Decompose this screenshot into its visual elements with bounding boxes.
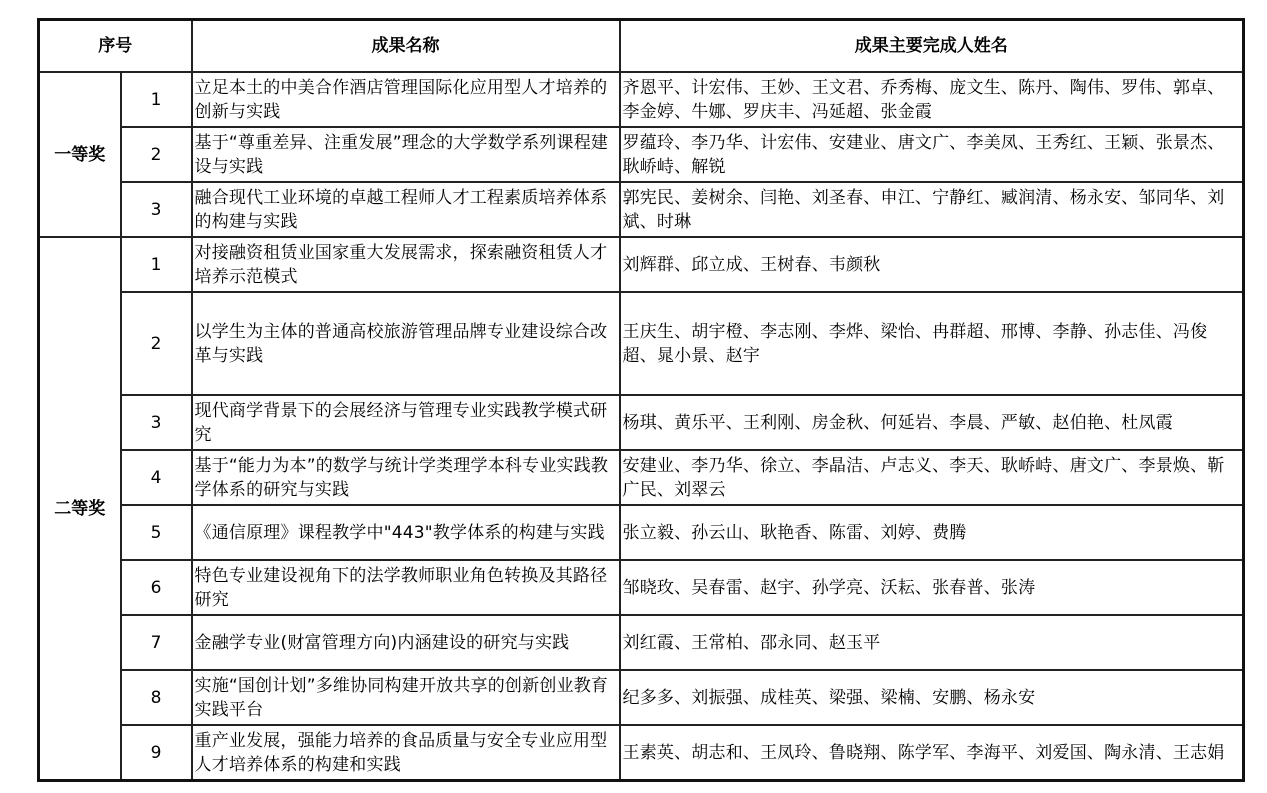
contributors: 纪多多、刘振强、成桂英、梁强、梁楠、安鹏、杨永安 bbox=[620, 670, 1244, 725]
contributors: 刘红霞、王常柏、邵永同、赵玉平 bbox=[620, 615, 1244, 670]
contributors: 罗蕴玲、李乃华、计宏伟、安建业、唐文广、李美凤、王秀红、王颖、张景杰、耿峤峙、解… bbox=[620, 127, 1244, 182]
table-row: 一等奖 1 立足本土的中美合作酒店管理国际化应用型人才培养的创新与实践 齐恩平、… bbox=[39, 72, 1244, 127]
contributors: 齐恩平、计宏伟、王妙、王文君、乔秀梅、庞文生、陈丹、陶伟、罗伟、郭卓、李金婷、牛… bbox=[620, 72, 1244, 127]
achievement-title: 现代商学背景下的会展经济与管理专业实践教学模式研究 bbox=[192, 395, 620, 450]
row-number: 1 bbox=[121, 237, 192, 292]
achievement-title: 《通信原理》课程教学中"443"教学体系的构建与实践 bbox=[192, 505, 620, 560]
achievement-title: 金融学专业(财富管理方向)内涵建设的研究与实践 bbox=[192, 615, 620, 670]
table-row: 2 以学生为主体的普通高校旅游管理品牌专业建设综合改革与实践 王庆生、胡宇橙、李… bbox=[39, 292, 1244, 395]
achievement-title: 对接融资租赁业国家重大发展需求，探索融资租赁人才培养示范模式 bbox=[192, 237, 620, 292]
table-row: 二等奖 1 对接融资租赁业国家重大发展需求，探索融资租赁人才培养示范模式 刘辉群… bbox=[39, 237, 1244, 292]
row-number: 8 bbox=[121, 670, 192, 725]
achievement-title: 重产业发展，强能力培养的食品质量与安全专业应用型人才培养体系的构建和实践 bbox=[192, 725, 620, 781]
contributors: 杨琪、黄乐平、王利刚、房金秋、何延岩、李晨、严敏、赵伯艳、杜凤霞 bbox=[620, 395, 1244, 450]
contributors: 王素英、胡志和、王凤玲、鲁晓翔、陈学军、李海平、刘爱国、陶永清、王志娟 bbox=[620, 725, 1244, 781]
achievement-title: 实施“国创计划”多维协同构建开放共享的创新创业教育实践平台 bbox=[192, 670, 620, 725]
row-number: 4 bbox=[121, 450, 192, 505]
table-row: 9 重产业发展，强能力培养的食品质量与安全专业应用型人才培养体系的构建和实践 王… bbox=[39, 725, 1244, 781]
row-number: 3 bbox=[121, 182, 192, 237]
table-row: 3 融合现代工业环境的卓越工程师人才工程素质培养体系的构建与实践 郭宪民、姜树余… bbox=[39, 182, 1244, 237]
header-people: 成果主要完成人姓名 bbox=[620, 20, 1244, 73]
row-number: 3 bbox=[121, 395, 192, 450]
contributors: 郭宪民、姜树余、闫艳、刘圣春、申江、宁静红、臧润清、杨永安、邹同华、刘斌、时琳 bbox=[620, 182, 1244, 237]
contributors: 刘辉群、邱立成、王树春、韦颜秋 bbox=[620, 237, 1244, 292]
contributors: 张立毅、孙云山、耿艳香、陈雷、刘婷、费腾 bbox=[620, 505, 1244, 560]
row-number: 7 bbox=[121, 615, 192, 670]
row-number: 6 bbox=[121, 560, 192, 615]
grade-first-prize: 一等奖 bbox=[39, 72, 121, 237]
grade-second-prize: 二等奖 bbox=[39, 237, 121, 781]
table-row: 2 基于“尊重差异、注重发展”理念的大学数学系列课程建设与实践 罗蕴玲、李乃华、… bbox=[39, 127, 1244, 182]
row-number: 9 bbox=[121, 725, 192, 781]
achievement-title: 基于“尊重差异、注重发展”理念的大学数学系列课程建设与实践 bbox=[192, 127, 620, 182]
row-number: 5 bbox=[121, 505, 192, 560]
table-row: 6 特色专业建设视角下的法学教师职业角色转换及其路径研究 邹晓玫、吴春雷、赵宇、… bbox=[39, 560, 1244, 615]
contributors: 王庆生、胡宇橙、李志刚、李烨、梁怡、冉群超、邢博、李静、孙志佳、冯俊超、晁小景、… bbox=[620, 292, 1244, 395]
table-row: 7 金融学专业(财富管理方向)内涵建设的研究与实践 刘红霞、王常柏、邵永同、赵玉… bbox=[39, 615, 1244, 670]
achievement-title: 特色专业建设视角下的法学教师职业角色转换及其路径研究 bbox=[192, 560, 620, 615]
row-number: 2 bbox=[121, 127, 192, 182]
table-row: 8 实施“国创计划”多维协同构建开放共享的创新创业教育实践平台 纪多多、刘振强、… bbox=[39, 670, 1244, 725]
header-seq: 序号 bbox=[39, 20, 192, 73]
awards-table: 序号 成果名称 成果主要完成人姓名 一等奖 1 立足本土的中美合作酒店管理国际化… bbox=[37, 18, 1245, 782]
table-row: 4 基于“能力为本”的数学与统计学类理学本科专业实践教学体系的研究与实践 安建业… bbox=[39, 450, 1244, 505]
achievement-title: 融合现代工业环境的卓越工程师人才工程素质培养体系的构建与实践 bbox=[192, 182, 620, 237]
table-row: 3 现代商学背景下的会展经济与管理专业实践教学模式研究 杨琪、黄乐平、王利刚、房… bbox=[39, 395, 1244, 450]
header-title: 成果名称 bbox=[192, 20, 620, 73]
row-number: 1 bbox=[121, 72, 192, 127]
achievement-title: 立足本土的中美合作酒店管理国际化应用型人才培养的创新与实践 bbox=[192, 72, 620, 127]
contributors: 邹晓玫、吴春雷、赵宇、孙学亮、沃耘、张春普、张涛 bbox=[620, 560, 1244, 615]
achievement-title: 基于“能力为本”的数学与统计学类理学本科专业实践教学体系的研究与实践 bbox=[192, 450, 620, 505]
achievement-title: 以学生为主体的普通高校旅游管理品牌专业建设综合改革与实践 bbox=[192, 292, 620, 395]
row-number: 2 bbox=[121, 292, 192, 395]
table-row: 5 《通信原理》课程教学中"443"教学体系的构建与实践 张立毅、孙云山、耿艳香… bbox=[39, 505, 1244, 560]
header-row: 序号 成果名称 成果主要完成人姓名 bbox=[39, 20, 1244, 73]
contributors: 安建业、李乃华、徐立、李晶洁、卢志义、李天、耿峤峙、唐文广、李景焕、靳广民、刘翠… bbox=[620, 450, 1244, 505]
